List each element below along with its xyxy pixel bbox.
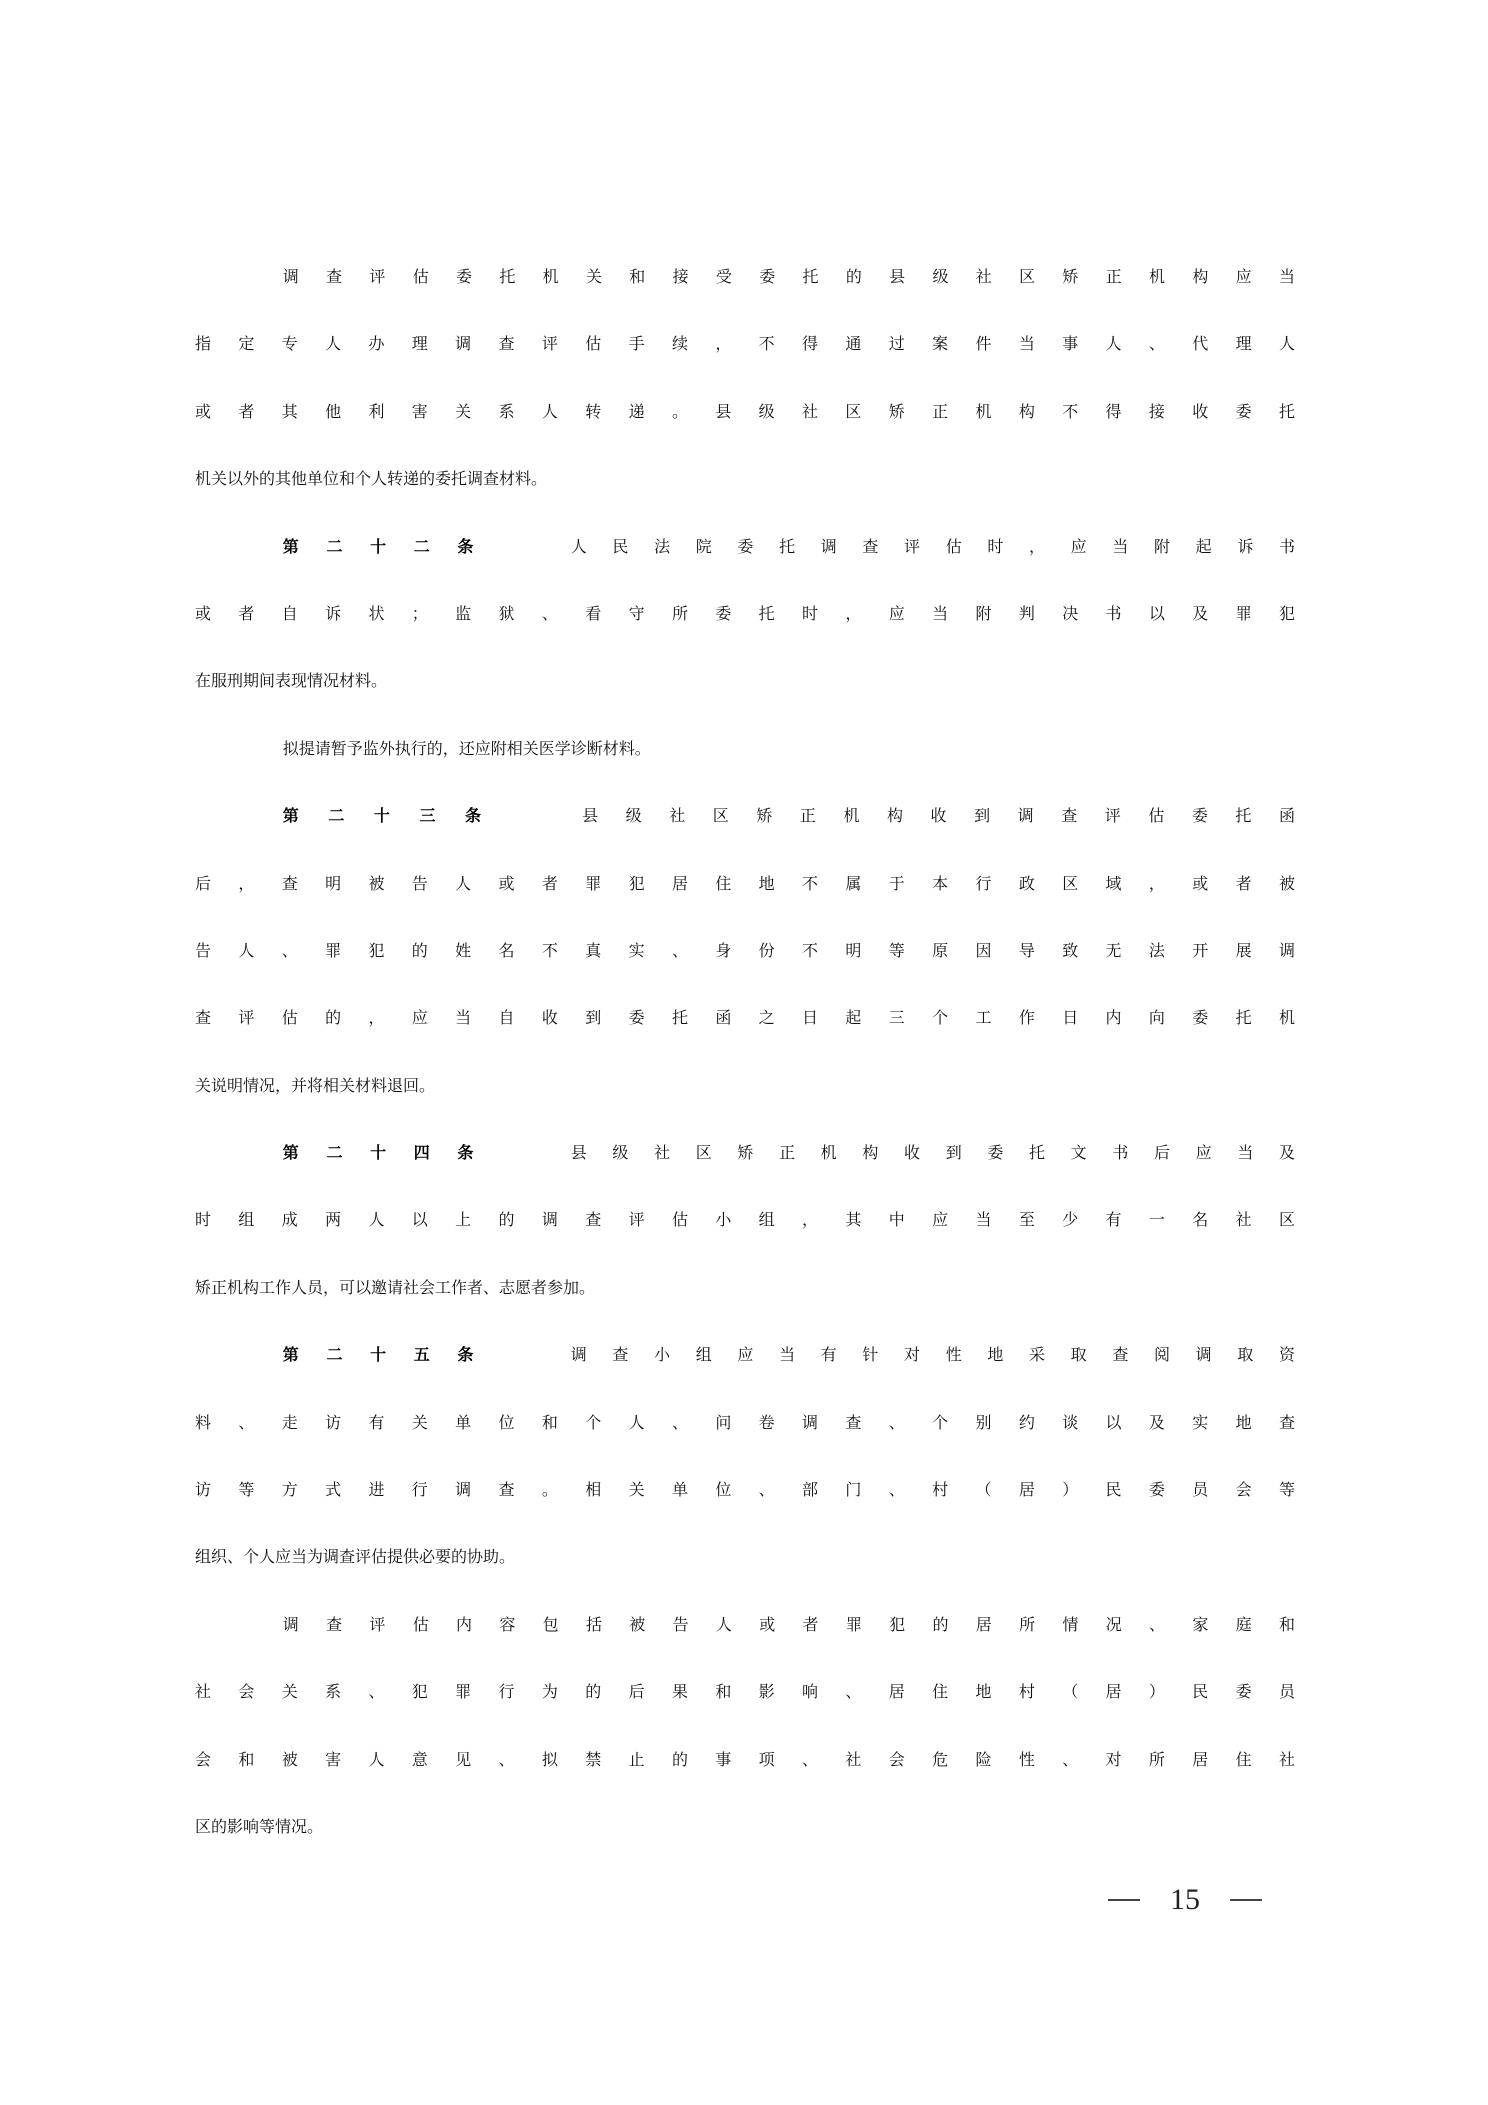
text-line: 第二十三条县级社区矫正机构收到调查评估委托函 <box>195 782 1295 849</box>
document-page: 调查评估委托机关和接受委托的县级社区矫正机构应当 指定专人办理调查评估手续，不得… <box>0 0 1488 2105</box>
article-text: 县级社区矫正机构收到委托文书后应当及 <box>545 1143 1295 1162</box>
article-heading: 第二十二条 <box>283 537 501 556</box>
paragraph-assessment-content: 调查评估内容包括被告人或者罪犯的居所情况、家庭和 社会关系、犯罪行为的后果和影响… <box>195 1591 1295 1861</box>
text-line: 拟提请暂予监外执行的，还应附相关医学诊断材料。 <box>195 715 1295 782</box>
article-heading: 第二十五条 <box>283 1345 501 1364</box>
text-line: 社会关系、犯罪行为的后果和影响、居住地村（居）民委员 <box>195 1658 1295 1725</box>
article-heading: 第二十四条 <box>283 1143 501 1162</box>
article-22: 第二十二条人民法院委托调查评估时，应当附起诉书 或者自诉状；监狱、看守所委托时，… <box>195 513 1295 715</box>
paragraph-entrust-handling: 调查评估委托机关和接受委托的县级社区矫正机构应当 指定专人办理调查评估手续，不得… <box>195 243 1295 513</box>
text-line: 或者自诉状；监狱、看守所委托时，应当附判决书以及罪犯 <box>195 580 1295 647</box>
text-line: 指定专人办理调查评估手续，不得通过案件当事人、代理人 <box>195 310 1295 377</box>
text-line: 关说明情况，并将相关材料退回。 <box>195 1052 1295 1119</box>
text-line: 在服刑期间表现情况材料。 <box>195 647 1295 714</box>
text-line: 后，查明被告人或者罪犯居住地不属于本行政区域，或者被 <box>195 850 1295 917</box>
text-line: 区的影响等情况。 <box>195 1793 1295 1860</box>
article-25: 第二十五条调查小组应当有针对性地采取查阅调取资 料、走访有关单位和个人、问卷调查… <box>195 1321 1295 1591</box>
text-line: 组织、个人应当为调查评估提供必要的协助。 <box>195 1523 1295 1590</box>
text-line: 第二十二条人民法院委托调查评估时，应当附起诉书 <box>195 513 1295 580</box>
article-text: 调查小组应当有针对性地采取查阅调取资 <box>545 1345 1295 1364</box>
text-line: 调查评估内容包括被告人或者罪犯的居所情况、家庭和 <box>195 1591 1295 1658</box>
text-line: 机关以外的其他单位和个人转递的委托调查材料。 <box>195 445 1295 512</box>
text-line: 料、走访有关单位和个人、问卷调查、个别约谈以及实地查 <box>195 1389 1295 1456</box>
paragraph-medical-diagnosis: 拟提请暂予监外执行的，还应附相关医学诊断材料。 <box>195 715 1295 782</box>
text-line: 告人、罪犯的姓名不真实、身份不明等原因导致无法开展调 <box>195 917 1295 984</box>
page-number-left-dash <box>1108 1899 1140 1901</box>
article-23: 第二十三条县级社区矫正机构收到调查评估委托函 后，查明被告人或者罪犯居住地不属于… <box>195 782 1295 1119</box>
page-number-value: 15 <box>1170 1883 1200 1917</box>
article-heading: 第二十三条 <box>283 806 511 825</box>
page-number: 15 <box>1100 1878 1270 1922</box>
text-line: 调查评估委托机关和接受委托的县级社区矫正机构应当 <box>195 243 1295 310</box>
text-line: 访等方式进行调查。相关单位、部门、村（居）民委员会等 <box>195 1456 1295 1523</box>
text-line: 第二十五条调查小组应当有针对性地采取查阅调取资 <box>195 1321 1295 1388</box>
article-text: 县级社区矫正机构收到调查评估委托函 <box>555 806 1295 825</box>
text-line: 矫正机构工作人员，可以邀请社会工作者、志愿者参加。 <box>195 1254 1295 1321</box>
text-line: 查评估的，应当自收到委托函之日起三个工作日内向委托机 <box>195 984 1295 1051</box>
text-line: 或者其他利害关系人转递。县级社区矫正机构不得接收委托 <box>195 378 1295 445</box>
page-number-right-dash <box>1230 1899 1262 1901</box>
text-line: 时组成两人以上的调查评估小组，其中应当至少有一名社区 <box>195 1186 1295 1253</box>
article-24: 第二十四条县级社区矫正机构收到委托文书后应当及 时组成两人以上的调查评估小组，其… <box>195 1119 1295 1321</box>
article-text: 人民法院委托调查评估时，应当附起诉书 <box>545 537 1295 556</box>
document-body: 调查评估委托机关和接受委托的县级社区矫正机构应当 指定专人办理调查评估手续，不得… <box>195 243 1295 1860</box>
text-line: 会和被害人意见、拟禁止的事项、社会危险性、对所居住社 <box>195 1726 1295 1793</box>
text-line: 第二十四条县级社区矫正机构收到委托文书后应当及 <box>195 1119 1295 1186</box>
